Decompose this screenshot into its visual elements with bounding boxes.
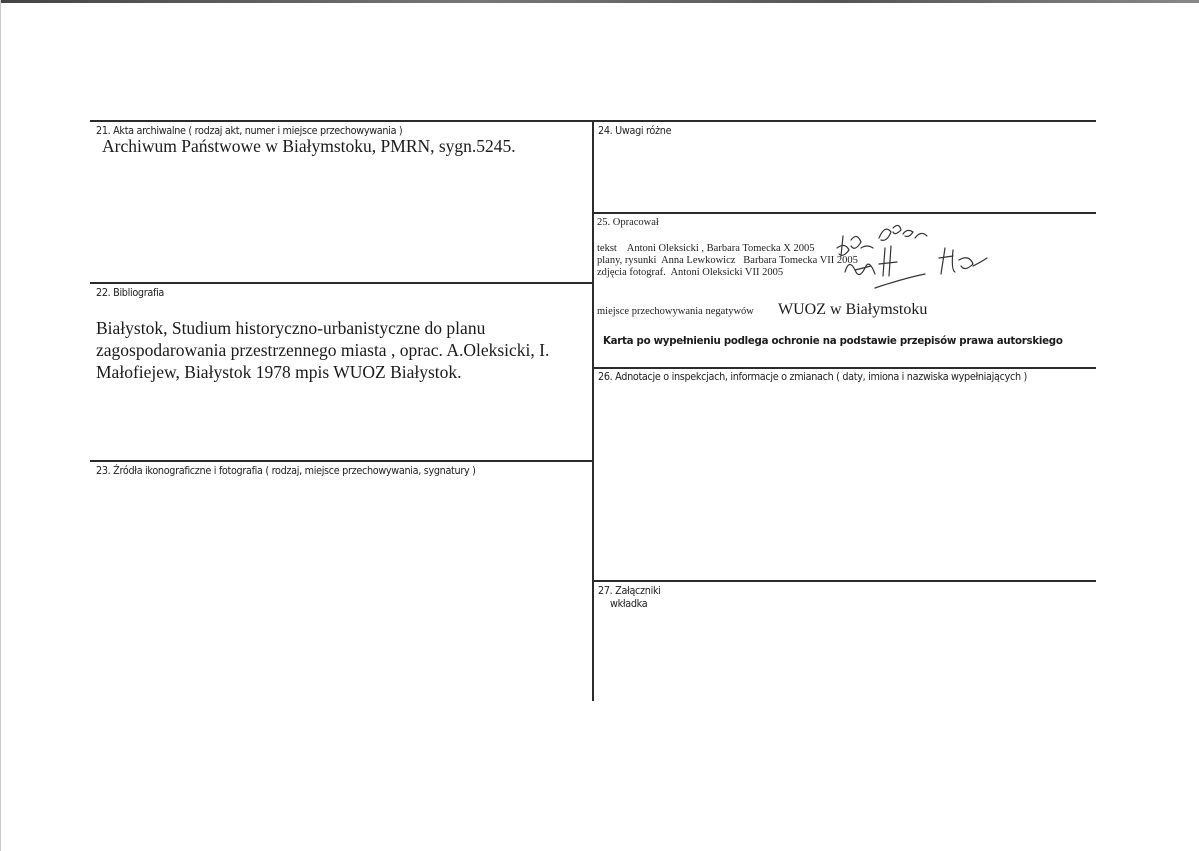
rule-section-26 — [592, 367, 1096, 369]
copyright-note: Karta po wypełnieniu podlega ochronie na… — [603, 334, 1063, 347]
rule-section-27 — [592, 580, 1096, 582]
negatives-storage-value: WUOZ w Białymstoku — [778, 301, 927, 319]
section-25-line-text: tekst Antoni Oleksicki , Barbara Tomecka… — [597, 243, 815, 254]
rule-section-25 — [592, 212, 1096, 214]
section-27-label: 27. Załączniki — [598, 585, 661, 597]
section-21-value: Archiwum Państwowe w Białymstoku, PMRN, … — [102, 136, 516, 157]
section-26-label: 26. Adnotacje o inspekcjach, informacje … — [598, 371, 1027, 383]
scan-edge-left — [0, 0, 1, 851]
section-25-line-plans: plany, rysunki Anna Lewkowicz Barbara To… — [597, 255, 858, 266]
rule-center-divider — [592, 120, 594, 701]
section-25-line-photos: zdjęcia fotograf. Antoni Oleksicki VII 2… — [597, 267, 783, 278]
section-22-value: Białystok, Studium historyczno-urbanisty… — [96, 317, 549, 383]
section-25-label: 25. Opracował — [597, 217, 659, 228]
section-22-label: 22. Bibliografia — [96, 287, 164, 299]
negatives-storage-label: miejsce przechowywania negatywów — [597, 306, 754, 317]
section-27-value: wkładka — [610, 598, 647, 610]
rule-section-22 — [90, 282, 594, 284]
section-23-label: 23. Źródła ikonograficzne i fotografia (… — [96, 465, 476, 477]
scan-edge-top — [0, 0, 1199, 3]
section-24-label: 24. Uwagi różne — [598, 125, 671, 137]
signatures-icon — [835, 218, 995, 293]
rule-section-23 — [90, 460, 594, 462]
